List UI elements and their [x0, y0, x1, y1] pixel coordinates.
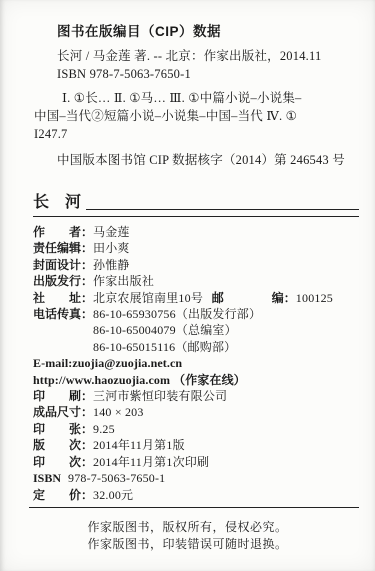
- cover-design-value: 孙惟静: [93, 258, 130, 272]
- cip-classification: Ⅰ. ①长… Ⅱ. ①马… Ⅲ. ①中篇小说–小说集– 中国–当代②短篇小说–小…: [57, 89, 360, 143]
- cip-class-line-1: Ⅰ. ①长… Ⅱ. ①马… Ⅲ. ①中篇小说–小说集–: [62, 89, 360, 107]
- phone-2-row: 86-10-65004079（总编室）: [33, 322, 359, 338]
- address-value: 北京农展馆南里10号: [93, 291, 203, 305]
- trim-size-label: 成品尺寸：: [33, 404, 93, 420]
- cip-isbn-line: ISBN 978-7-5063-7650-1: [57, 65, 360, 83]
- title-divider: [33, 216, 359, 217]
- book-title: 长 河: [33, 194, 81, 212]
- phone-3-value: 86-10-65015116（邮购部）: [93, 340, 236, 354]
- publisher-label: 出版发行：: [33, 273, 93, 289]
- copyright-notice-1: 作家版图书，版权所有，侵权必究。: [0, 519, 375, 537]
- printer-row: 印 刷：三河市紫恒印装有限公司: [33, 388, 359, 404]
- colophon-rows: 作 者：马金莲 责任编辑：田小爽 封面设计：孙惟静 出版发行：作家出版社 社 址…: [33, 224, 359, 503]
- zip-value: 100125: [296, 291, 333, 305]
- phone-3-row: 86-10-65015116（邮购部）: [33, 339, 359, 355]
- zip-pair: 邮 编：100125: [212, 290, 333, 306]
- printer-label: 印 刷：: [33, 388, 93, 404]
- price-row: 定 价：32.00元: [33, 487, 359, 503]
- cip-header: 图书在版编目（CIP）数据: [57, 20, 360, 40]
- cover-design-label: 封面设计：: [33, 257, 93, 273]
- author-row: 作 者：马金莲: [33, 224, 359, 240]
- edition-label: 版 次：: [33, 437, 93, 453]
- price-value: 32.00元: [93, 488, 133, 502]
- editor-row: 责任编辑：田小爽: [33, 240, 359, 256]
- address-pair: 社 址：北京农展馆南里10号: [33, 290, 203, 306]
- cip-record-number: 中国版本图书馆 CIP 数据核字（2014）第 246543 号: [57, 151, 360, 169]
- author-value: 马金莲: [93, 225, 130, 239]
- impression-label: 印 次：: [33, 454, 93, 470]
- impression-row: 印 次：2014年11月第1次印刷: [33, 454, 359, 470]
- address-row: 社 址：北京农展馆南里10号 邮 编：100125: [33, 290, 359, 306]
- book-copyright-page: 图书在版编目（CIP）数据 长河 / 马金莲 著. -- 北京：作家出版社，20…: [0, 0, 375, 571]
- phone-2-value: 86-10-65004079（总编室）: [93, 323, 237, 337]
- cover-design-row: 封面设计：孙惟静: [33, 257, 359, 273]
- website-row: http://www.haozuojia.com （作家在线）: [33, 372, 359, 388]
- email-row: E-mail:zuojia@zuojia.net.cn: [33, 355, 359, 371]
- publisher-row: 出版发行：作家出版社: [33, 273, 359, 289]
- sheets-value: 9.25: [93, 422, 115, 436]
- sheets-row: 印 张：9.25: [33, 421, 359, 437]
- isbn-label: ISBN: [33, 470, 68, 486]
- phone-fax-label: 电话传真：: [33, 306, 93, 322]
- price-label: 定 价：: [33, 487, 93, 503]
- book-title-row: 长 河: [33, 194, 359, 212]
- website-value: http://www.haozuojia.com （作家在线）: [33, 373, 246, 387]
- zip-label: 邮 编：: [212, 290, 296, 306]
- editor-value: 田小爽: [93, 241, 130, 255]
- copyright-notices: 作家版图书，版权所有，侵权必究。 作家版图书，印装错误可随时退换。: [0, 519, 375, 554]
- bottom-divider: [29, 507, 359, 508]
- edition-row: 版 次：2014年11月第1版: [33, 437, 359, 453]
- email-value: E-mail:zuojia@zuojia.net.cn: [33, 356, 182, 370]
- title-rule: [86, 209, 359, 210]
- cip-class-line-2: 中国–当代②短篇小说–小说集–中国–当代 Ⅳ. ①: [34, 107, 360, 125]
- phone-fax-row: 电话传真：86-10-65930756（出版发行部）: [33, 306, 359, 322]
- edition-value: 2014年11月第1版: [93, 438, 185, 452]
- phone-1-value: 86-10-65930756（出版发行部）: [93, 307, 261, 321]
- address-label: 社 址：: [33, 290, 93, 306]
- printer-value: 三河市紫恒印装有限公司: [93, 389, 227, 403]
- isbn-row: ISBN978-7-5063-7650-1: [33, 470, 359, 486]
- cip-class-line-3: I247.7: [34, 125, 360, 143]
- colophon-block: 长 河 作 者：马金莲 责任编辑：田小爽 封面设计：孙惟静 出版发行：作家出版社…: [33, 194, 359, 503]
- publisher-value: 作家出版社: [93, 274, 154, 288]
- cip-data-block: 图书在版编目（CIP）数据 长河 / 马金莲 著. -- 北京：作家出版社，20…: [0, 0, 375, 169]
- author-label: 作 者：: [33, 224, 93, 240]
- isbn-value: 978-7-5063-7650-1: [68, 471, 165, 485]
- sheets-label: 印 张：: [33, 421, 93, 437]
- trim-size-value: 140 × 203: [93, 405, 144, 419]
- cip-entry-line: 长河 / 马金莲 著. -- 北京：作家出版社，2014.11: [57, 47, 360, 65]
- editor-label: 责任编辑：: [33, 240, 93, 256]
- trim-size-row: 成品尺寸：140 × 203: [33, 404, 359, 420]
- impression-value: 2014年11月第1次印刷: [93, 455, 209, 469]
- copyright-notice-2: 作家版图书，印装错误可随时退换。: [0, 536, 375, 554]
